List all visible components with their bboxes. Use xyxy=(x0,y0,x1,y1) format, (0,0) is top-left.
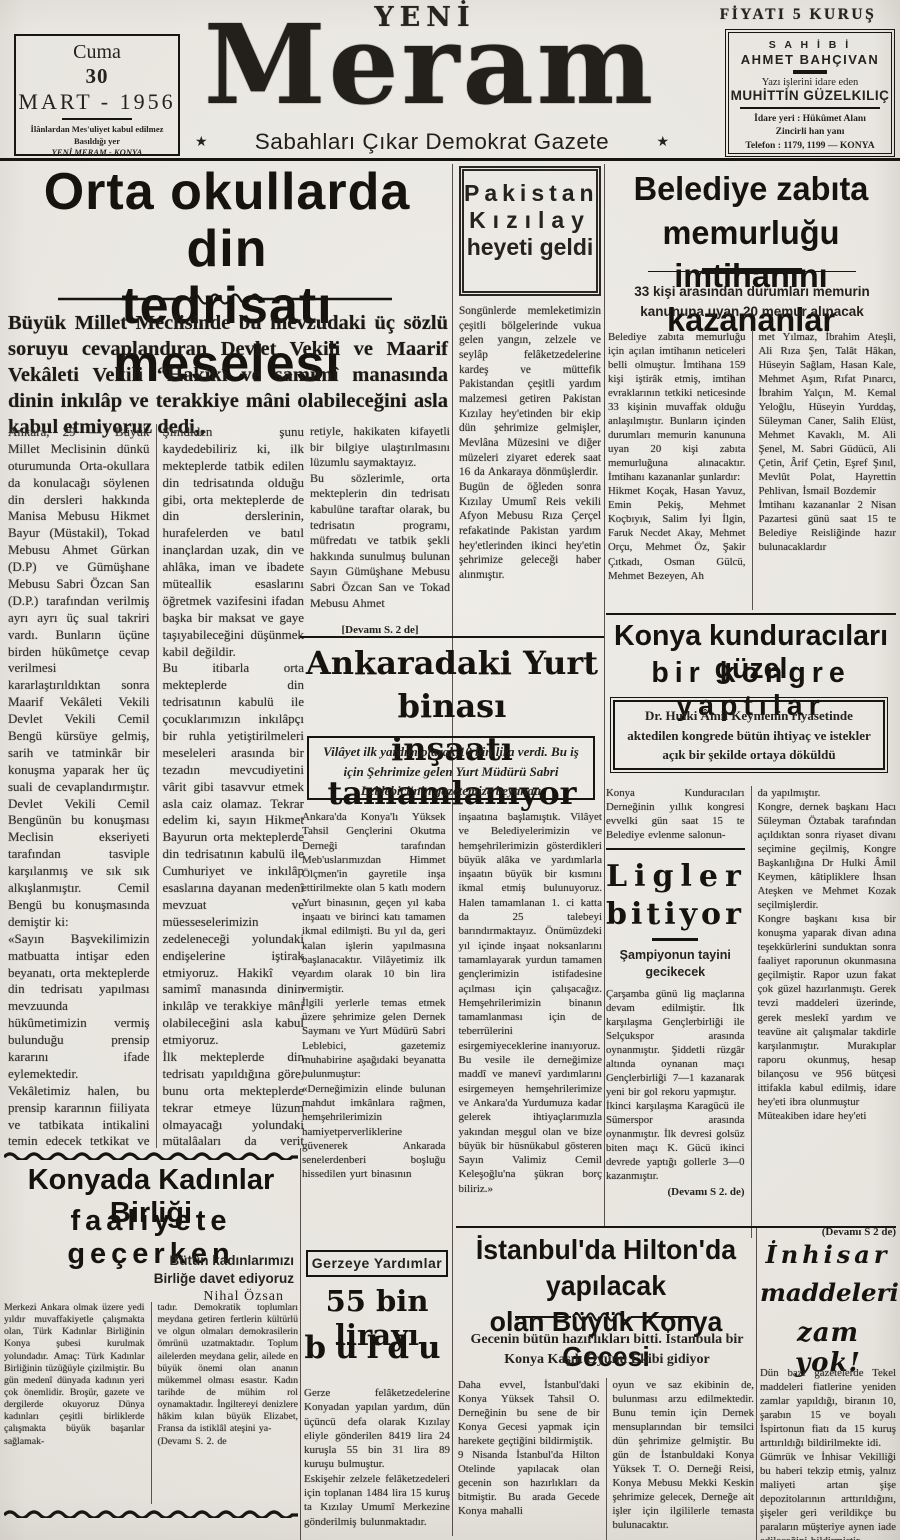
pakistan-headline-line2: Kızılay xyxy=(464,207,596,234)
wavy-divider xyxy=(4,1150,298,1160)
pakistan-body: Songünlerde memleketimizin çeşitli bölge… xyxy=(459,304,601,634)
wavy-divider xyxy=(4,1508,298,1518)
lead-body-columns: Ankara, 29 — Büyük Millet Meclisinin dün… xyxy=(8,424,304,1148)
squiggle-divider xyxy=(515,1310,695,1322)
pakistan-headline-line3: heyeti geldi xyxy=(464,234,596,261)
address-line-2: Zincirli han yanı xyxy=(729,125,891,139)
belediye-divider xyxy=(648,268,856,275)
gerze-headline-line2: buldu xyxy=(304,1330,450,1366)
hilton-subhead: Gecenin bütün hazırlıkları bitti. İstanb… xyxy=(462,1330,752,1371)
kadinlar-body-columns: Merkezi Ankara olmak üzere yedi yıldır m… xyxy=(4,1302,298,1504)
ligler-rule xyxy=(652,938,698,941)
newspaper-front-page: Cuma 30 MART - 1956 İlânlardan Mes'uliye… xyxy=(0,0,900,1540)
ornament-divider xyxy=(58,290,392,306)
yurt-subhead-box: Vilâyet ilk yardım olarak 10 bin lira ve… xyxy=(307,736,595,800)
belediye-subhead: 33 kişi arasından durumları memurin kanu… xyxy=(614,282,890,323)
pakistan-headline-line1: Pakistan xyxy=(464,180,596,207)
kongre-body-columns: Konya Kunduracıları Derneğinin yıllık ko… xyxy=(606,786,896,1238)
address-line-1: İdare yeri : Hükûmet Alanı xyxy=(729,112,891,126)
kadinlar-byline-line2: Birliğe davet ediyoruz xyxy=(70,1270,294,1288)
hilton-body-col2: oyun ve saz ekibinin de, bulunması arzu … xyxy=(607,1378,755,1540)
column-rule xyxy=(756,1226,757,1540)
lead-body-col2: Şimdiden şunu kaydedebiliriz ki, ilk mek… xyxy=(157,424,305,1148)
kongre-subhead-box: Dr. Hulki Âmil Keymenin riyasetinde akte… xyxy=(613,700,885,770)
newspaper-slogan: Sabahları Çıkar Demokrat Gazete xyxy=(208,129,657,155)
lead-body-col3: retiyle, hakikaten kifayetli bir bilgiye… xyxy=(310,424,450,621)
belediye-headline-line1: Belediye zabıta memurluğu xyxy=(610,168,891,255)
owner-box: S A H İ B İ AHMET BAHÇIVAN Yazı işlerini… xyxy=(728,32,892,154)
date-box-rule xyxy=(62,118,132,120)
lead-continued-note: [Devamı S. 2 de] xyxy=(310,621,450,636)
lead-headline-line1: Orta okullarda din xyxy=(4,164,450,278)
belediye-body-columns: Belediye zabıta memurluğu için açılan im… xyxy=(608,330,896,610)
inhisar-body: Dün bazı gazetelerde Tekel maddeleri fia… xyxy=(760,1366,896,1540)
kadinlar-body-col1: Merkezi Ankara olmak üzere yedi yıldır m… xyxy=(4,1302,152,1504)
inhisar-headline-line1: İnhisar xyxy=(760,1240,896,1269)
gerze-body: Gerze felâketzedelerine Konyadan yapılan… xyxy=(304,1386,450,1540)
editor-name: MUHİTTİN GÜZELKILIÇ xyxy=(729,88,891,103)
ligler-headline-line2: bitiyor xyxy=(606,896,745,934)
kadinlar-byline: Bütün kadınlarımızı Birliğe davet ediyor… xyxy=(70,1252,294,1307)
masthead-note-1: İlânlardan Mes'uliyet kabul edilmez xyxy=(16,124,178,136)
ligler-subhead: Şampiyonun tayini gecikecek xyxy=(606,947,745,982)
belediye-body-col2: met Yılmaz, İbrahim Ateşli, Ali Rıza Şen… xyxy=(753,330,897,610)
section-rule xyxy=(606,613,896,615)
lead-body-col1: Ankara, 29 — Büyük Millet Meclisinin dün… xyxy=(8,424,157,1148)
date-box: Cuma 30 MART - 1956 İlânlardan Mes'uliye… xyxy=(14,34,180,156)
yurt-body-columns: Ankara'da Konya'lı Yüksek Tahsil Gençler… xyxy=(302,810,602,1238)
yurt-body-col2: inşaatına başlamıştık. Vilâyet ve Beledi… xyxy=(453,810,603,1238)
column-rule xyxy=(604,164,605,1226)
belediye-body-col1: Belediye zabıta memurluğu için açılan im… xyxy=(608,330,753,610)
pakistan-headline-box: Pakistan Kızılay heyeti geldi xyxy=(459,166,601,296)
phone-line: Telefon : 1179, 1199 — KONYA xyxy=(729,139,891,153)
kongre-left-column: Konya Kunduracıları Derneğinin yıllık ko… xyxy=(606,786,752,1238)
kongre-intro: Konya Kunduracıları Derneğinin yıllık ko… xyxy=(606,786,745,842)
yurt-body-col1: Ankara'da Konya'lı Yüksek Tahsil Gençler… xyxy=(302,810,453,1238)
date-number: 30 xyxy=(16,64,178,89)
ligler-body: Çarşamba günü lig maçlarına devam edilmi… xyxy=(606,987,745,1183)
kadinlar-body-col2: tadır. Demokratik toplumları meydana get… xyxy=(152,1302,299,1504)
owner-box-rule-2 xyxy=(740,107,880,109)
ligler-headline-line1: Ligler xyxy=(606,858,745,896)
masthead-note-2: Basıldığı yer xyxy=(16,136,178,148)
hilton-body-columns: Daha evvel, İstanbul'daki Konya Yüksek T… xyxy=(458,1378,754,1540)
gerze-kicker-box: Gerzeye Yardımlar xyxy=(306,1250,448,1277)
section-rule xyxy=(456,1226,896,1228)
section-rule xyxy=(300,636,604,638)
owner-heading: S A H İ B İ xyxy=(729,39,891,51)
owner-name: AHMET BAHÇIVAN xyxy=(729,52,891,67)
ligler-article: Ligler bitiyor Şampiyonun tayini gecikec… xyxy=(606,848,745,1198)
price-label: FİYATI 5 KURUŞ xyxy=(702,6,894,24)
masthead-rule xyxy=(0,158,900,161)
lead-body-col3-wrap: retiyle, hakikaten kifayetli bir bilgiye… xyxy=(310,424,450,636)
column-rule xyxy=(300,1148,301,1540)
ligler-continued-note: (Devamı S 2. de) xyxy=(606,1183,745,1198)
owner-box-rule xyxy=(793,70,827,74)
date-day: Cuma xyxy=(16,41,178,64)
kadinlar-byline-line1: Bütün kadınlarımızı xyxy=(70,1252,294,1270)
yurt-headline-line1: Ankaradaki Yurt binası xyxy=(302,642,602,728)
slogan-row: ★ Sabahları Çıkar Demokrat Gazete ★ xyxy=(195,129,669,155)
lead-subhead: Büyük Millet Meclisinde bu mevzudaki üç … xyxy=(8,310,448,440)
hilton-body-col1: Daha evvel, İstanbul'daki Konya Yüksek T… xyxy=(458,1378,607,1540)
kongre-body-col2: da yapılmıştır. Kongre, dernek başkanı H… xyxy=(758,786,897,1223)
hilton-headline-line1: İstanbul'da Hilton'da yapılacak xyxy=(461,1232,752,1304)
kongre-right-column: da yapılmıştır. Kongre, dernek başkanı H… xyxy=(752,786,897,1238)
star-icon: ★ xyxy=(656,134,669,151)
date-month-year: MART - 1956 xyxy=(16,89,178,115)
star-icon: ★ xyxy=(195,134,208,151)
newspaper-title: Meram xyxy=(190,10,670,120)
inhisar-headline-line2: maddelerine xyxy=(760,1278,896,1307)
editor-caption: Yazı işlerini idare eden xyxy=(729,77,891,88)
